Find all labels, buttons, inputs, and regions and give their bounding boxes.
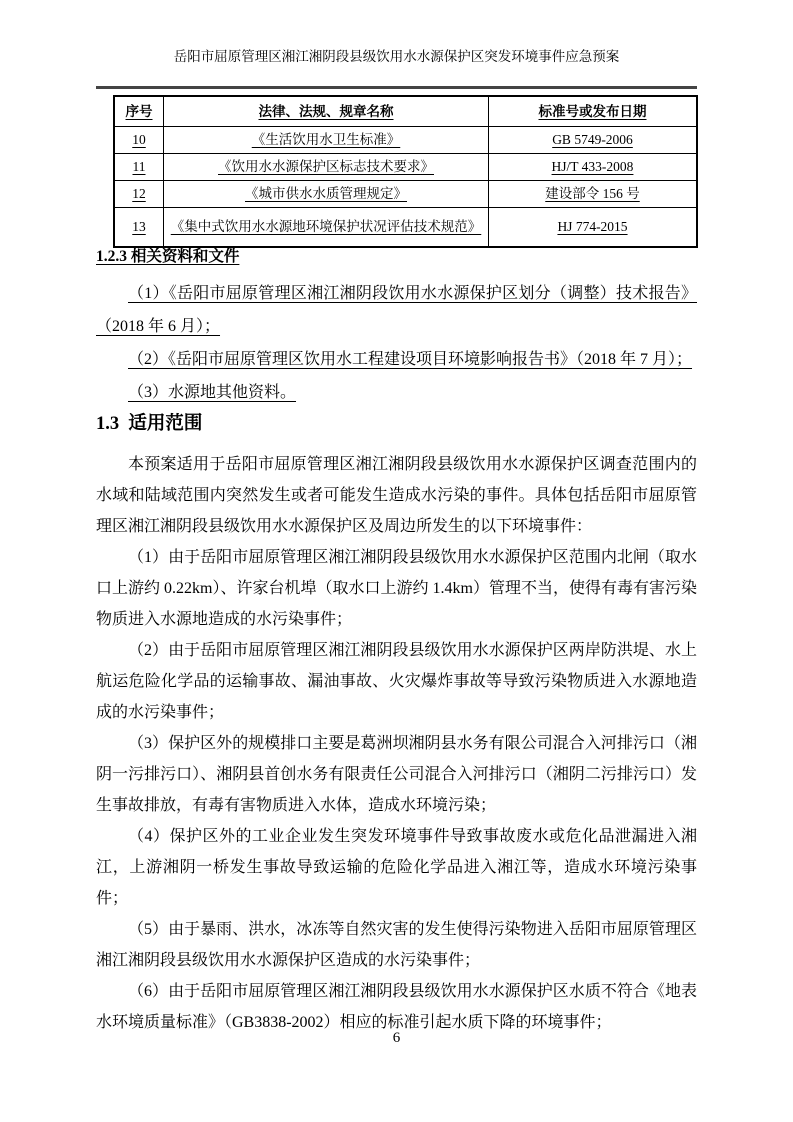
paragraph-item-2: （2）由于岳阳市屈原管理区湘江湘阴段县级饮用水水源保护区两岸防洪堤、水上航运危险…: [96, 635, 697, 728]
cell-standard: 建设部令 156 号: [489, 180, 698, 207]
cell-name: 《城市供水水质管理规定》: [164, 180, 489, 207]
document-page: 岳阳市屈原管理区湘江湘阴段县级饮用水水源保护区突发环境事件应急预案 序号 法律、…: [0, 0, 793, 1122]
cell-index: 11: [114, 153, 164, 180]
paragraph-intro: 本预案适用于岳阳市屈原管理区湘江湘阴段县级饮用水水源保护区调查范围内的水域和陆域…: [96, 449, 697, 542]
cell-standard: HJ 774-2015: [489, 207, 698, 247]
table-row: 13 《集中式饮用水水源地环境保护状况评估技术规范》 HJ 774-2015: [114, 207, 697, 247]
paragraph-item-4: （4）保护区外的工业企业发生突发环境事件导致事故废水或危化品泄漏进入湘江，上游湘…: [96, 821, 697, 914]
cell-standard: HJ/T 433-2008: [489, 153, 698, 180]
paragraph-item-1: （1）由于岳阳市屈原管理区湘江湘阴段县级饮用水水源保护区范围内北闸（取水口上游约…: [96, 542, 697, 635]
section-1-2-3-heading: 1.2.3 相关资料和文件: [96, 247, 697, 267]
cell-name: 《集中式饮用水水源地环境保护状况评估技术规范》: [164, 207, 489, 247]
header-rule: [96, 86, 697, 89]
section-1-3-heading: 1.3 适用范围: [96, 411, 697, 437]
table-header-row: 序号 法律、法规、规章名称 标准号或发布日期: [114, 96, 697, 126]
reference-item: （1）《岳阳市屈原管理区湘江湘阴段饮用水水源保护区划分（调整）技术报告》（201…: [96, 277, 697, 343]
laws-regulations-table: 序号 法律、法规、规章名称 标准号或发布日期 10 《生活饮用水卫生标准》 GB…: [113, 95, 698, 248]
table-row: 11 《饮用水水源保护区标志技术要求》 HJ/T 433-2008: [114, 153, 697, 180]
section-1-3-body: 本预案适用于岳阳市屈原管理区湘江湘阴段县级饮用水水源保护区调查范围内的水域和陆域…: [96, 449, 697, 1038]
column-header-index: 序号: [114, 96, 164, 126]
reference-item: （2）《岳阳市屈原管理区饮用水工程建设项目环境影响报告书》（2018 年 7 月…: [96, 343, 697, 376]
reference-item: （3）水源地其他资料。: [96, 376, 697, 409]
cell-standard: GB 5749-2006: [489, 126, 698, 153]
paragraph-item-5: （5）由于暴雨、洪水，冰冻等自然灾害的发生使得污染物进入岳阳市屈原管理区湘江湘阴…: [96, 914, 697, 976]
cell-index: 10: [114, 126, 164, 153]
cell-name: 《生活饮用水卫生标准》: [164, 126, 489, 153]
table-row: 10 《生活饮用水卫生标准》 GB 5749-2006: [114, 126, 697, 153]
column-header-name: 法律、法规、规章名称: [164, 96, 489, 126]
paragraph-item-3: （3）保护区外的规模排口主要是葛洲坝湘阴县水务有限公司混合入河排污口（湘阴一污排…: [96, 728, 697, 821]
table-row: 12 《城市供水水质管理规定》 建设部令 156 号: [114, 180, 697, 207]
cell-name: 《饮用水水源保护区标志技术要求》: [164, 153, 489, 180]
page-number: 6: [0, 1028, 793, 1048]
cell-index: 12: [114, 180, 164, 207]
cell-index: 13: [114, 207, 164, 247]
document-header-title: 岳阳市屈原管理区湘江湘阴段县级饮用水水源保护区突发环境事件应急预案: [96, 48, 697, 66]
column-header-standard: 标准号或发布日期: [489, 96, 698, 126]
section-1-2-3-body: （1）《岳阳市屈原管理区湘江湘阴段饮用水水源保护区划分（调整）技术报告》（201…: [96, 277, 697, 409]
